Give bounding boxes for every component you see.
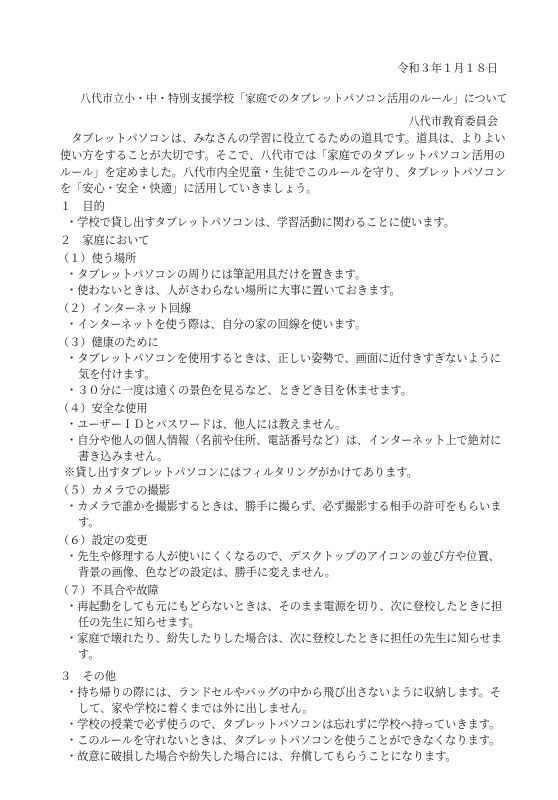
section-heading-purpose: １ 目的	[60, 200, 105, 214]
list-item-continuation: 背景の画像、色などの設定は、勝手に変えません。	[78, 566, 336, 580]
list-item: ・インターネットを使う際は、自分の家の回線を使います。	[66, 318, 366, 332]
subsection-heading-place: （１）使う場所	[58, 252, 136, 266]
document-date: 令和３年１月１８日	[397, 62, 498, 76]
list-item: ・カメラで誰かを撮影するときは、勝手に撮らず、必ず撮影する相手の許可をもらいま	[66, 500, 501, 514]
list-item: ・使わないときは、人がさわらない場所に大事に置いておきます。	[66, 284, 401, 298]
list-item: ・３０分に一度は遠くの景色を見るなど、ときどき目を休ませます。	[66, 384, 412, 398]
list-item: ・学校の授業で必ず使うので、タブレットパソコンは忘れずに学校へ持っていきます。	[66, 718, 500, 732]
document-issuer: 八代市教育委員会	[408, 115, 498, 129]
list-item-continuation: して、家や学校に着くまでは外に出しません。	[78, 702, 313, 716]
subsection-heading-camera: （５）カメラでの撮影	[58, 484, 170, 498]
intro-line: ルール」を定めました。八代市内全児童・生徒でこのルールを守り、タブレットパソコン	[60, 166, 500, 180]
filtering-note: ※貸し出すタブレットパソコンにはフィルタリングがかけてあります。	[64, 466, 418, 480]
subsection-heading-safety: （４）安全な使用	[58, 402, 148, 416]
subsection-heading-malfunction: （７）不具合や故障	[58, 584, 159, 598]
list-item: ・先生や修理する人が使いにくくなるので、デスクトップのアイコンの並び方や位置、	[66, 550, 500, 564]
list-item: ・再起動をしても元にもどらないときは、そのまま電源を切り、次に登校したときに担	[66, 600, 502, 614]
list-item: ・タブレットパソコンの周りには筆記用具だけを置きます。	[66, 268, 366, 282]
list-item-continuation: 気を付けます。	[78, 368, 155, 382]
list-item: ・ユーザーＩＤとパスワードは、他人には教えません。	[66, 418, 346, 432]
list-item: ・タブレットパソコンを使用するときは、正しい姿勢で、画面に近付きすぎないように	[66, 352, 501, 366]
list-item: ・故意に破損した場合や紛失した場合には、弁償してもらうことになります。	[66, 750, 457, 764]
intro-line: を「安心・安全・快適」に活用していきましょう。	[60, 182, 500, 196]
section-heading-other: ３ その他	[60, 670, 116, 684]
subsection-heading-health: （３）健康のために	[58, 336, 159, 350]
intro-line: タブレットパソコンは、みなさんの学習に役立てるための道具です。道具は、よりよい	[60, 132, 500, 146]
list-item: ・学校で貸し出すタブレットパソコンは、学習活動に関わることに使います。	[66, 216, 455, 230]
intro-line: 使い方をすることが大切です。そこで、八代市では「家庭でのタブレットパソコン活用の	[60, 149, 500, 163]
list-item: ・このルールを守れないときは、タブレットパソコンを使うことができなくなります。	[66, 734, 500, 748]
document-page: 令和３年１月１８日 八代市立小・中・特別支援学校「家庭でのタブレットパソコン活用…	[0, 0, 558, 800]
list-item: ・自分や他人の個人情報（名前や住所、電話番号など）は、インターネット上で絶対に	[66, 434, 501, 448]
list-item-continuation: 任の先生に知らせます。	[78, 616, 200, 630]
list-item-continuation: す。	[78, 516, 99, 530]
list-item-continuation: す。	[78, 648, 99, 662]
list-item: ・家庭で壊れたり、紛失したりした場合は、次に登校したときに担任の先生に知らせま	[66, 632, 502, 646]
subsection-heading-settings: （６）設定の変更	[58, 534, 148, 548]
list-item-continuation: 書き込みません。	[78, 450, 168, 464]
list-item: ・持ち帰りの際には、ランドセルやバッグの中から飛び出さないように収納します。そ	[66, 686, 501, 700]
document-title: 八代市立小・中・特別支援学校「家庭でのタブレットパソコン活用のルール」について	[80, 92, 480, 106]
subsection-heading-internet: （２）インターネット回線	[58, 302, 191, 316]
section-heading-home: ２ 家庭において	[60, 234, 150, 248]
